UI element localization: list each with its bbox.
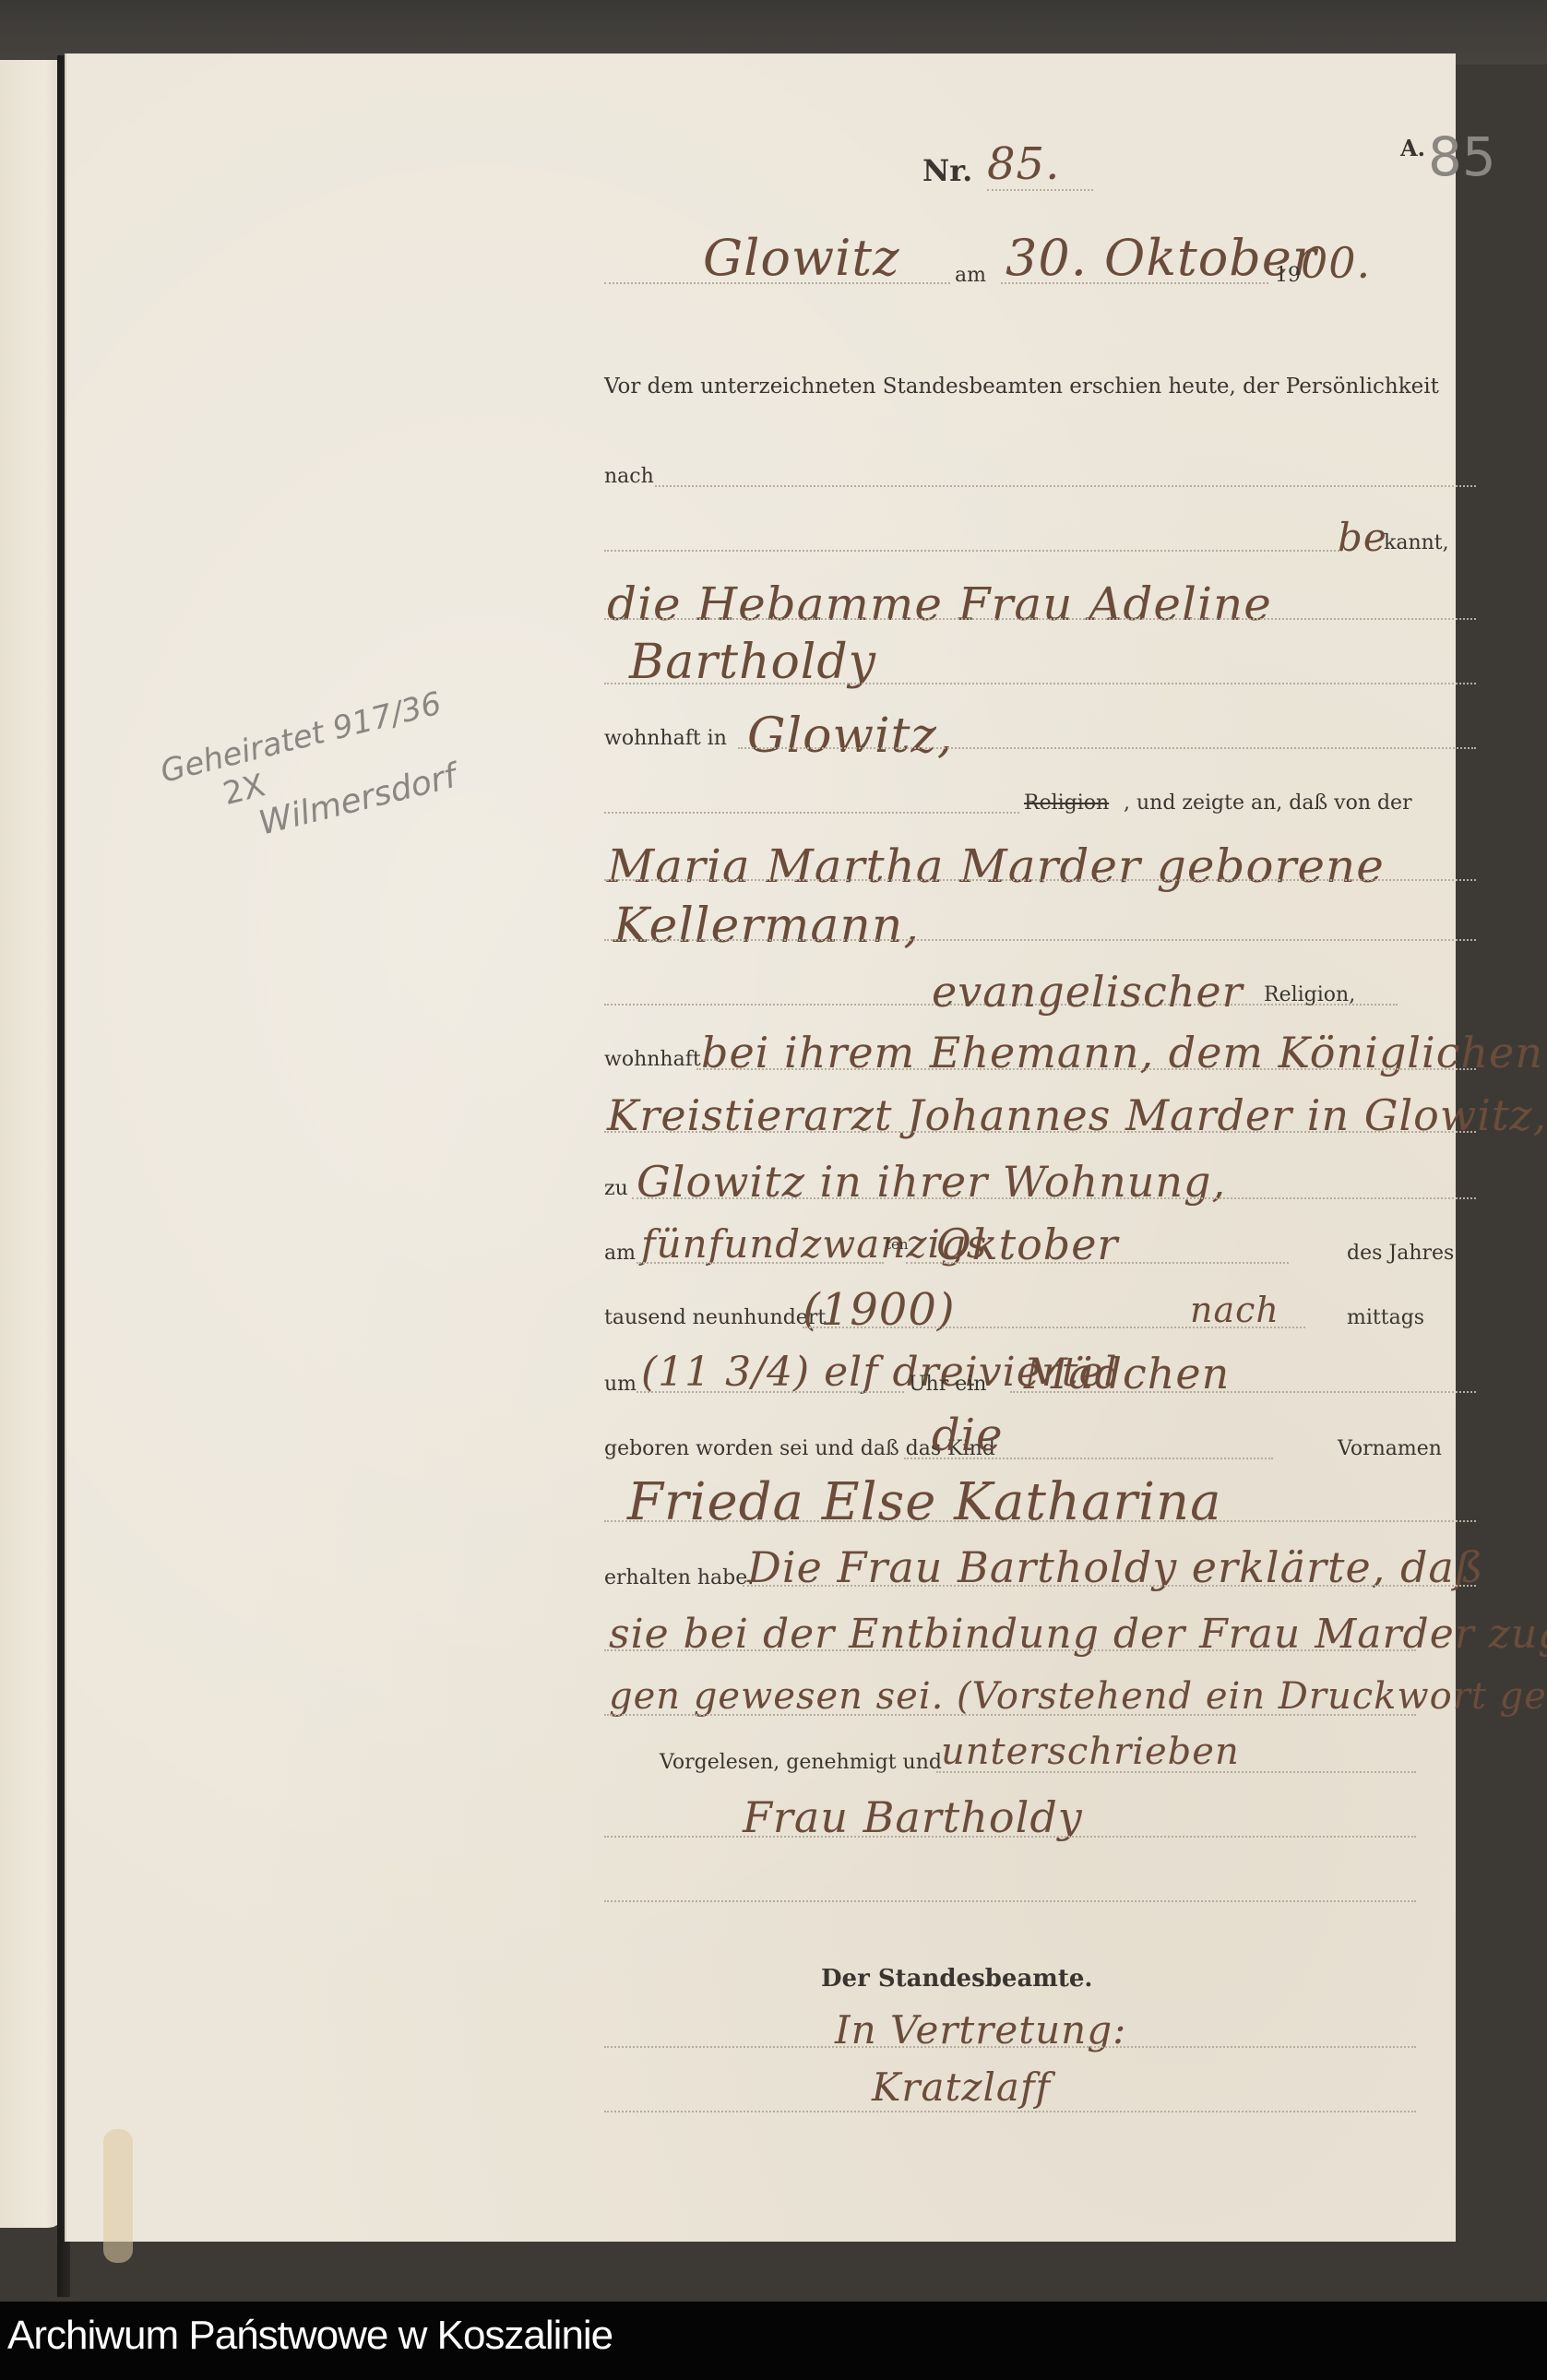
declarant-line2: Bartholdy bbox=[629, 635, 876, 690]
registrar-heading: Der Standesbeamte. bbox=[821, 1965, 1092, 1993]
dotted-rule bbox=[604, 812, 1019, 814]
residence-label: wohnhaft in bbox=[604, 727, 727, 750]
dotted-rule bbox=[655, 485, 1476, 487]
uhr-ein-label: Uhr ein bbox=[909, 1373, 986, 1396]
child-names: Frieda Else Katharina bbox=[627, 1472, 1222, 1532]
bekannt-hand: be bbox=[1338, 515, 1387, 560]
archive-name: Archiwum Państwowe w Koszalinie bbox=[7, 2313, 613, 2359]
meridiem-label: mittags bbox=[1347, 1306, 1424, 1329]
mother-religion-label: Religion, bbox=[1264, 983, 1355, 1006]
article-value: die bbox=[932, 1410, 1003, 1461]
record-number-value: 85. bbox=[987, 138, 1060, 190]
pencil-page-number: 85 bbox=[1428, 125, 1496, 188]
announce-text: , und zeigte an, daß von der bbox=[1124, 791, 1412, 815]
um-label: um bbox=[604, 1373, 637, 1396]
bekannt-print: kannt, bbox=[1384, 531, 1449, 554]
dotted-rule bbox=[604, 939, 1476, 941]
dotted-rule bbox=[604, 1900, 1416, 1902]
dotted-rule bbox=[604, 1131, 1476, 1133]
dotted-rule bbox=[632, 1197, 1476, 1199]
place-value: Glowitz bbox=[703, 229, 900, 287]
religion-struck: Religion bbox=[1024, 791, 1109, 815]
declarant-line1: die Hebamme Frau Adeline bbox=[607, 577, 1272, 631]
dotted-rule bbox=[906, 1262, 1289, 1264]
dotted-rule bbox=[604, 2111, 1416, 2112]
read-label: Vorgelesen, genehmigt und bbox=[660, 1751, 942, 1774]
facing-page-edge bbox=[0, 60, 65, 2228]
form-letter: A. bbox=[1400, 135, 1425, 161]
mother-line1: Maria Martha Marder geborene bbox=[607, 839, 1385, 893]
zu-label: zu bbox=[604, 1177, 628, 1200]
nach-label: nach bbox=[604, 465, 654, 488]
residence-value: Glowitz, bbox=[747, 708, 953, 764]
dotted-rule bbox=[604, 618, 1476, 620]
am-label: am bbox=[604, 1242, 636, 1265]
mother-religion-value: evangelischer bbox=[932, 967, 1244, 1017]
dotted-rule bbox=[987, 189, 1093, 191]
dotted-rule bbox=[604, 282, 950, 284]
mother-residence-label: wohnhaft bbox=[604, 1048, 701, 1071]
dotted-rule bbox=[604, 1649, 1416, 1651]
declarant-signature: Frau Bartholdy bbox=[743, 1792, 1083, 1842]
meridiem-value: nach bbox=[1190, 1290, 1279, 1330]
archive-footer: Archiwum Państwowe w Koszalinie bbox=[0, 2302, 1547, 2380]
record-number-label: Nr. bbox=[922, 153, 972, 188]
dotted-rule bbox=[604, 550, 1342, 552]
margin-note: Geheiratet 917/36 2X Wilmersdorf bbox=[157, 685, 463, 863]
dotted-rule bbox=[1001, 282, 1268, 284]
year-words: tausend neunhundert bbox=[604, 1306, 826, 1329]
dotted-rule bbox=[604, 683, 1476, 684]
mother-line2: Kellermann, bbox=[613, 898, 920, 954]
dotted-rule bbox=[1010, 1391, 1476, 1393]
vornamen-label: Vornamen bbox=[1338, 1437, 1442, 1460]
dotted-rule bbox=[936, 1771, 1416, 1773]
dotted-rule bbox=[743, 1585, 1476, 1587]
remark-line3: gen gewesen sei. (Vorstehend ein Druckwo… bbox=[609, 1675, 1547, 1718]
dotted-rule bbox=[738, 747, 1476, 749]
dotted-rule bbox=[604, 2046, 1416, 2048]
day-suffix: ten bbox=[886, 1236, 909, 1253]
year-suffix: 00. bbox=[1301, 238, 1371, 288]
dotted-rule bbox=[604, 1836, 1416, 1838]
year-prefix: 19 bbox=[1275, 264, 1301, 287]
date-value: 30. Oktober bbox=[1006, 229, 1317, 287]
date-prefix: am bbox=[955, 264, 986, 287]
read-value: unterschrieben bbox=[941, 1731, 1240, 1773]
dotted-rule bbox=[604, 879, 1476, 881]
dotted-rule bbox=[604, 1714, 1416, 1716]
dotted-rule bbox=[904, 1458, 1273, 1459]
dotted-rule bbox=[637, 1262, 884, 1264]
registrar-line2: Kratzlaff bbox=[872, 2065, 1051, 2110]
dotted-rule bbox=[604, 1520, 1476, 1522]
intro-text: Vor dem unterzeichneten Standesbeamten e… bbox=[604, 375, 1439, 399]
dotted-rule bbox=[696, 1068, 1476, 1070]
des-jahres-label: des Jahres bbox=[1347, 1242, 1454, 1265]
paper-stain bbox=[103, 2129, 133, 2263]
dotted-rule bbox=[637, 1391, 904, 1393]
register-page: A. 85 Nr. 85. Glowitz am 30. Oktober 19 … bbox=[65, 54, 1456, 2242]
erhalten-label: erhalten habe. bbox=[604, 1566, 754, 1589]
